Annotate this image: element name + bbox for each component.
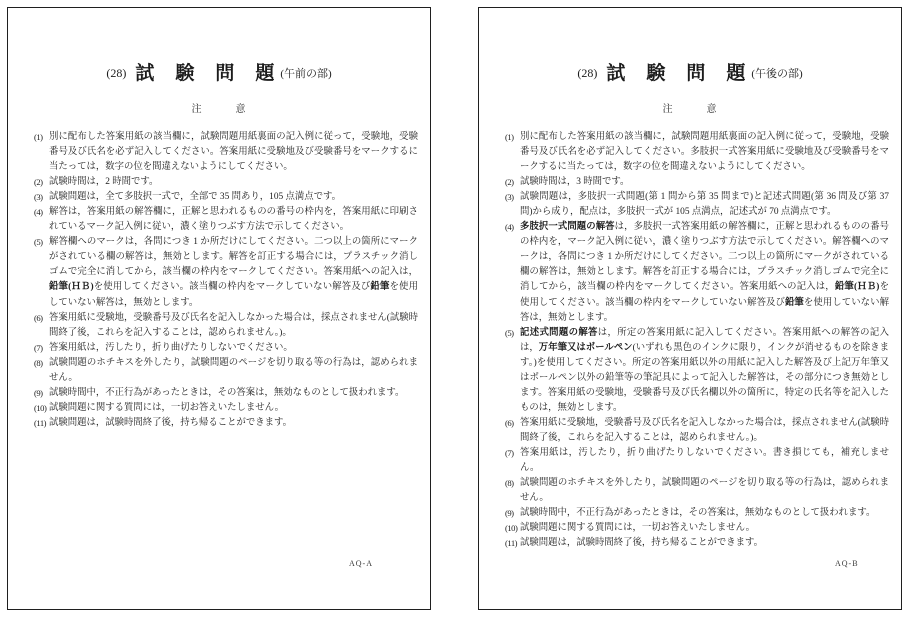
emphasis-text: 鉛筆 [785, 298, 804, 308]
plain-text: 試験問題は，多肢択一式問題(第 1 問から第 35 問まで)と記述式問題(第 3… [520, 192, 889, 217]
plain-text: 答案用紙に受験地，受験番号及び氏名を記入しなかった場合は，採点されません(試験時… [520, 418, 889, 443]
item-text: 答案用紙は，汚したり，折り曲げたりしないでください。 [49, 341, 418, 356]
notice-item: (5)解答欄へのマークは，各問につき 1 か所だけにしてください。二つ以上の箇所… [34, 235, 418, 310]
item-text: 答案用紙に受験地，受験番号及び氏名を記入しなかった場合は，採点されません(試験時… [49, 311, 418, 341]
item-text: 試験時間中，不正行為があったときは，その答案は，無効なものとして扱われます。 [49, 386, 418, 401]
notice-item: (10)試験問題に関する質問には，一切お答えいたしません。 [505, 521, 889, 536]
plain-text: 試験時間中，不正行為があったときは，その答案は，無効なものとして扱われます。 [49, 388, 404, 398]
item-text: 別に配布した答案用紙の該当欄に，試験問題用紙裏面の記入例に従って，受験地，受験番… [520, 130, 889, 175]
notice-item: (7)答案用紙は，汚したり，折り曲げたりしないでください。 [34, 341, 418, 356]
notice-item: (6)答案用紙に受験地，受験番号及び氏名を記入しなかった場合は，採点されません(… [34, 311, 418, 341]
item-number: (5) [505, 326, 520, 416]
item-text: 試験問題は，試験時間終了後，持ち帰ることができます。 [49, 416, 418, 431]
item-text: 試験時間は，2 時間です。 [49, 175, 418, 190]
notice-item: (3)試験問題は，多肢択一式問題(第 1 問から第 35 問まで)と記述式問題(… [505, 190, 889, 220]
item-number: (9) [505, 506, 520, 521]
item-number: (4) [505, 220, 520, 325]
item-text: 記述式問題の解答は，所定の答案用紙に記入してください。答案用紙への解答の記入は，… [520, 326, 889, 416]
item-number: (10) [34, 401, 49, 416]
item-text: 試験問題は，試験時間終了後，持ち帰ることができます。 [520, 536, 889, 551]
notice-item: (8)試験問題のホチキスを外したり，試験問題のページを切り取る等の行為は，認めら… [505, 476, 889, 506]
item-number: (7) [34, 341, 49, 356]
notice-heading: 注 意 [8, 100, 430, 115]
item-number: (11) [34, 416, 49, 431]
item-text: 試験時間は，3 時間です。 [520, 175, 889, 190]
notice-item: (11)試験問題は，試験時間終了後，持ち帰ることができます。 [505, 536, 889, 551]
item-text: 試験問題に関する質問には，一切お答えいたしません。 [520, 521, 889, 536]
item-text: 試験問題に関する質問には，一切お答えいたしません。 [49, 401, 418, 416]
item-number: (9) [34, 386, 49, 401]
title-main: 試 験 問 題 [606, 63, 746, 84]
item-number: (10) [505, 521, 520, 536]
page-code: AQ-B [835, 559, 859, 568]
plain-text: は，多肢択一式答案用紙の解答欄に，正解と思われるものの番号の枠内を，マーク記入例… [520, 222, 889, 292]
plain-text: 試験問題のホチキスを外したり，試験問題のページを切り取る等の行為は，認められませ… [520, 478, 889, 503]
exam-page-afternoon: (28)試 験 問 題(午後の部) 注 意 (1)別に配布した答案用紙の該当欄に… [478, 7, 902, 610]
plain-text: 解答は，答案用紙の解答欄に，正解と思われるものの番号の枠内を，答案用紙に印刷され… [49, 207, 418, 232]
plain-text: (いずれも黒色のインクに限り，インクが消せるものを除きます。)を使用してください… [520, 343, 889, 413]
emphasis-text: 万年筆又はボールペン [539, 343, 633, 353]
notice-item: (1)別に配布した答案用紙の該当欄に，試験問題用紙裏面の記入例に従って，受験地，… [34, 130, 418, 175]
page-title: (28)試 験 問 題(午前の部) [8, 58, 430, 85]
item-number: (2) [505, 175, 520, 190]
notice-item: (2)試験時間は，3 時間です。 [505, 175, 889, 190]
notice-list: (1)別に配布した答案用紙の該当欄に，試験問題用紙裏面の記入例に従って，受験地，… [505, 130, 889, 551]
plain-text: 試験問題に関する質問には，一切お答えいたしません。 [520, 523, 755, 533]
notice-item: (9)試験時間中，不正行為があったときは，その答案は，無効なものとして扱われます… [34, 386, 418, 401]
exam-page-morning: (28)試 験 問 題(午前の部) 注 意 (1)別に配布した答案用紙の該当欄に… [7, 7, 431, 610]
item-number: (6) [34, 311, 49, 341]
plain-text: 答案用紙は，汚したり，折り曲げたりしないでください。書き損じても，補充しません。 [520, 448, 889, 473]
emphasis-text: 鉛筆 [370, 282, 389, 292]
item-number: (8) [505, 476, 520, 506]
notice-item: (7)答案用紙は，汚したり，折り曲げたりしないでください。書き損じても，補充しま… [505, 446, 889, 476]
plain-text: 試験時間は，3 時間です。 [520, 177, 629, 187]
item-text: 試験問題は，多肢択一式問題(第 1 問から第 35 問まで)と記述式問題(第 3… [520, 190, 889, 220]
notice-item: (11)試験問題は，試験時間終了後，持ち帰ることができます。 [34, 416, 418, 431]
emphasis-text: 鉛筆(ＨＢ) [835, 282, 880, 292]
notice-item: (4)多肢択一式問題の解答は，多肢択一式答案用紙の解答欄に，正解と思われるものの… [505, 220, 889, 325]
plain-text: 答案用紙に受験地，受験番号及び氏名を記入しなかった場合は，採点されません(試験時… [49, 313, 418, 338]
notice-item: (5)記述式問題の解答は，所定の答案用紙に記入してください。答案用紙への解答の記… [505, 326, 889, 416]
emphasis-text: 多肢択一式問題の解答 [520, 222, 615, 232]
item-number: (4) [34, 205, 49, 235]
plain-text: 試験問題は，試験時間終了後，持ち帰ることができます。 [520, 538, 763, 548]
plain-text: 試験問題は，試験時間終了後，持ち帰ることができます。 [49, 418, 292, 428]
item-number: (7) [505, 446, 520, 476]
notice-item: (4)解答は，答案用紙の解答欄に，正解と思われるものの番号の枠内を，答案用紙に印… [34, 205, 418, 235]
title-session: (午前の部) [280, 68, 331, 80]
plain-text: を使用してください。該当欄の枠内をマークしていない解答及び [94, 282, 371, 292]
notice-item: (6)答案用紙に受験地，受験番号及び氏名を記入しなかった場合は，採点されません(… [505, 416, 889, 446]
notice-item: (2)試験時間は，2 時間です。 [34, 175, 418, 190]
title-exam-number: (28) [106, 66, 126, 80]
plain-text: 試験問題は，全て多肢択一式で，全部で 35 問あり，105 点満点です。 [49, 192, 341, 202]
item-text: 解答欄へのマークは，各問につき 1 か所だけにしてください。二つ以上の箇所にマー… [49, 235, 418, 310]
item-number: (1) [505, 130, 520, 175]
title-main: 試 験 問 題 [135, 63, 275, 84]
item-text: 答案用紙に受験地，受験番号及び氏名を記入しなかった場合は，採点されません(試験時… [520, 416, 889, 446]
item-number: (1) [34, 130, 49, 175]
item-number: (11) [505, 536, 520, 551]
item-number: (3) [34, 190, 49, 205]
item-number: (3) [505, 190, 520, 220]
item-number: (5) [34, 235, 49, 310]
notice-item: (1)別に配布した答案用紙の該当欄に，試験問題用紙裏面の記入例に従って，受験地，… [505, 130, 889, 175]
emphasis-text: 鉛筆(ＨＢ) [49, 282, 94, 292]
plain-text: 別に配布した答案用紙の該当欄に，試験問題用紙裏面の記入例に従って，受験地，受験番… [49, 132, 418, 172]
plain-text: 解答欄へのマークは，各問につき 1 か所だけにしてください。二つ以上の箇所にマー… [49, 237, 418, 277]
plain-text: 試験時間中，不正行為があったときは，その答案は，無効なものとして扱われます。 [520, 508, 875, 518]
item-text: 多肢択一式問題の解答は，多肢択一式答案用紙の解答欄に，正解と思われるものの番号の… [520, 220, 889, 325]
notice-item: (10)試験問題に関する質問には，一切お答えいたしません。 [34, 401, 418, 416]
plain-text: 試験問題に関する質問には，一切お答えいたしません。 [49, 403, 284, 413]
plain-text: 答案用紙は，汚したり，折り曲げたりしないでください。 [49, 343, 293, 353]
title-exam-number: (28) [577, 66, 597, 80]
item-text: 試験時間中，不正行為があったときは，その答案は，無効なものとして扱われます。 [520, 506, 889, 521]
notice-item: (3)試験問題は，全て多肢択一式で，全部で 35 問あり，105 点満点です。 [34, 190, 418, 205]
item-number: (2) [34, 175, 49, 190]
notice-item: (8)試験問題のホチキスを外したり，試験問題のページを切り取る等の行為は，認めら… [34, 356, 418, 386]
item-text: 試験問題は，全て多肢択一式で，全部で 35 問あり，105 点満点です。 [49, 190, 418, 205]
document-canvas: { "pages": [ { "header": { "number": "(2… [0, 0, 910, 618]
page-code: AQ-A [349, 559, 373, 568]
notice-item: (9)試験時間中，不正行為があったときは，その答案は，無効なものとして扱われます… [505, 506, 889, 521]
item-text: 試験問題のホチキスを外したり，試験問題のページを切り取る等の行為は，認められませ… [49, 356, 418, 386]
title-session: (午後の部) [751, 68, 802, 80]
plain-text: 別に配布した答案用紙の該当欄に，試験問題用紙裏面の記入例に従って，受験地，受験番… [520, 132, 889, 172]
item-text: 答案用紙は，汚したり，折り曲げたりしないでください。書き損じても，補充しません。 [520, 446, 889, 476]
item-number: (6) [505, 416, 520, 446]
notice-list: (1)別に配布した答案用紙の該当欄に，試験問題用紙裏面の記入例に従って，受験地，… [34, 130, 418, 431]
item-text: 別に配布した答案用紙の該当欄に，試験問題用紙裏面の記入例に従って，受験地，受験番… [49, 130, 418, 175]
item-text: 解答は，答案用紙の解答欄に，正解と思われるものの番号の枠内を，答案用紙に印刷され… [49, 205, 418, 235]
item-text: 試験問題のホチキスを外したり，試験問題のページを切り取る等の行為は，認められませ… [520, 476, 889, 506]
page-title: (28)試 験 問 題(午後の部) [479, 58, 901, 85]
item-number: (8) [34, 356, 49, 386]
plain-text: 試験問題のホチキスを外したり，試験問題のページを切り取る等の行為は，認められませ… [49, 358, 418, 383]
emphasis-text: 記述式問題の解答 [520, 328, 598, 338]
notice-heading: 注 意 [479, 100, 901, 115]
plain-text: 試験時間は，2 時間です。 [49, 177, 158, 187]
